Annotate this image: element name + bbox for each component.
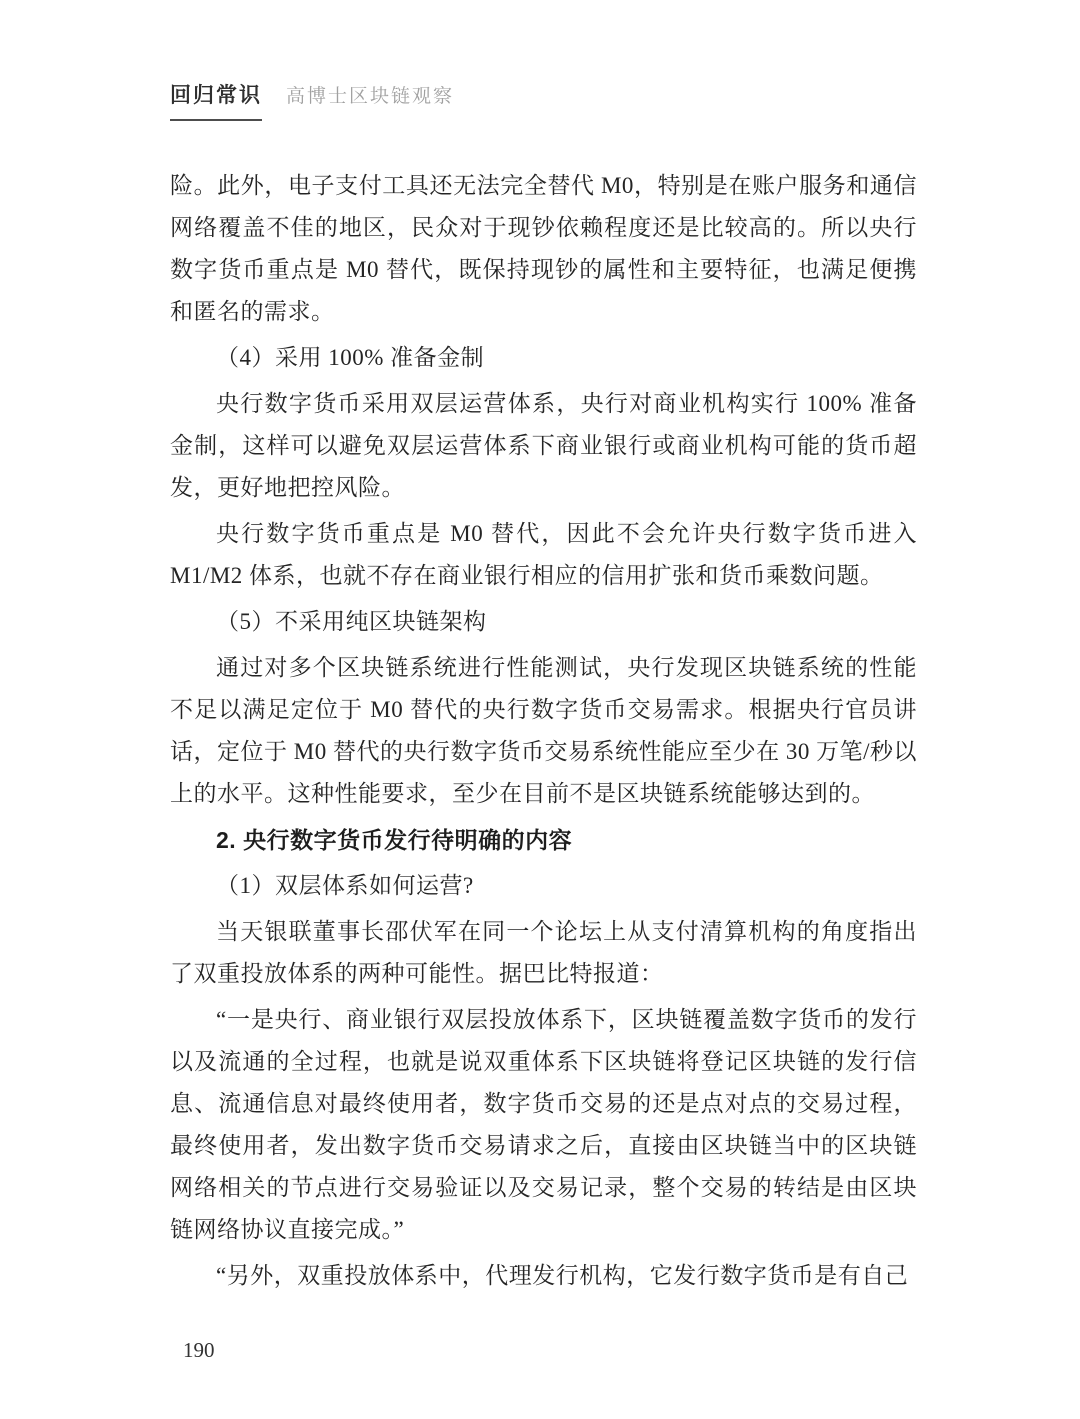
book-page: 回归常识 高博士区块链观察 险。此外，电子支付工具还无法完全替代 M0，特别是在… [0,0,1080,1297]
section-heading: 2. 央行数字货币发行待明确的内容 [170,819,917,861]
paragraph: 当天银联董事长邵伏军在同一个论坛上从支付清算机构的角度指出了双重投放体系的两种可… [170,911,917,995]
sub-heading: （4）采用 100% 准备金制 [170,337,917,379]
page-number: 190 [183,1338,215,1363]
paragraph: 央行数字货币重点是 M0 替代，因此不会允许央行数字货币进入 M1/M2 体系，… [170,513,917,597]
sub-heading: （5）不采用纯区块链架构 [170,601,917,643]
paragraph: “一是央行、商业银行双层投放体系下，区块链覆盖数字货币的发行以及流通的全过程，也… [170,999,917,1251]
header-brand-label: 回归常识 [170,84,262,121]
running-header: 回归常识 高博士区块链观察 [170,0,917,121]
paragraph: “另外，双重投放体系中，代理发行机构，它发行数字货币是有自己 [170,1255,917,1297]
page-content: 险。此外，电子支付工具还无法完全替代 M0，特别是在账户服务和通信网络覆盖不佳的… [170,165,917,1297]
paragraph: 央行数字货币采用双层运营体系，央行对商业机构实行 100% 准备金制，这样可以避… [170,383,917,509]
header-subtitle-label: 高博士区块链观察 [286,85,454,109]
paragraph: 险。此外，电子支付工具还无法完全替代 M0，特别是在账户服务和通信网络覆盖不佳的… [170,165,917,333]
sub-heading: （1）双层体系如何运营? [170,865,917,907]
paragraph: 通过对多个区块链系统进行性能测试，央行发现区块链系统的性能不足以满足定位于 M0… [170,647,917,815]
